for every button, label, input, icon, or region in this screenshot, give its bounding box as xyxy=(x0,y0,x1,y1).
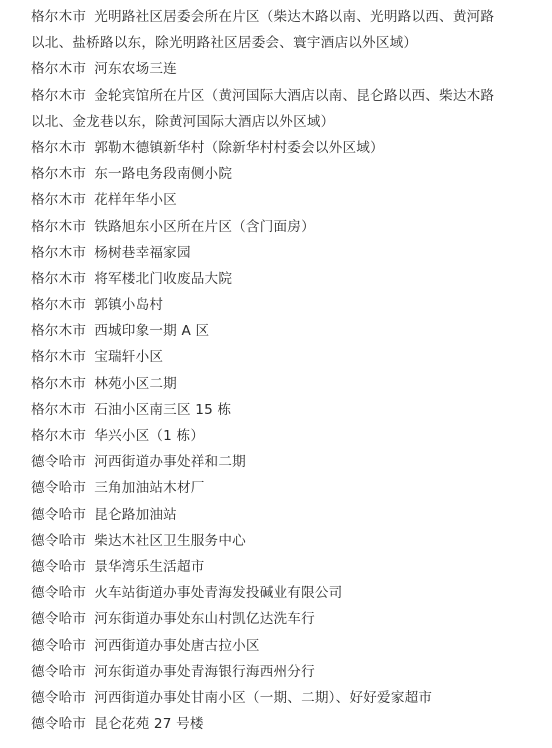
list-item: 德令哈市景华湾乐生活超市 xyxy=(31,554,542,580)
city-label: 格尔木市 xyxy=(31,240,86,266)
list-item: 德令哈市三角加油站木材厂 xyxy=(31,475,542,501)
list-item: 格尔木市郭镇小岛村 xyxy=(31,292,542,318)
list-item: 德令哈市河西街道办事处祥和二期 xyxy=(31,449,542,475)
area-text: 河西街道办事处唐古拉小区 xyxy=(94,638,260,654)
list-item: 格尔木市花样年华小区 xyxy=(31,187,542,213)
list-item: 德令哈市河东街道办事处东山村凯亿达洗车行 xyxy=(31,606,542,632)
city-label: 德令哈市 xyxy=(31,606,86,632)
area-text: 河东农场三连 xyxy=(94,61,177,77)
list-item: 格尔木市东一路电务段南侧小院 xyxy=(31,161,542,187)
city-label: 德令哈市 xyxy=(31,475,86,501)
list-item: 德令哈市河西街道办事处甘南小区（一期、二期）、好好爱家超市 xyxy=(31,685,542,711)
city-label: 格尔木市 xyxy=(31,318,86,344)
city-label: 格尔木市 xyxy=(31,187,86,213)
area-text: 河西街道办事处甘南小区（一期、二期）、好好爱家超市 xyxy=(94,690,432,706)
list-item: 德令哈市柴达木社区卫生服务中心 xyxy=(31,528,542,554)
city-label: 格尔木市 xyxy=(31,292,86,318)
list-item: 德令哈市昆仑路加油站 xyxy=(31,502,542,528)
area-text: 将军楼北门收废品大院 xyxy=(94,271,232,287)
list-item: 格尔木市宝瑞轩小区 xyxy=(31,344,542,370)
area-text: 以北、金龙巷以东，除黄河国际大酒店以外区域） xyxy=(31,114,334,130)
area-text: 杨树巷幸福家园 xyxy=(94,245,191,261)
city-label: 德令哈市 xyxy=(31,580,86,606)
list-item-continuation: 以北、盐桥路以东，除光明路社区居委会、寰宇酒店以外区域） xyxy=(31,30,542,56)
area-text: 三角加油站木材厂 xyxy=(94,480,204,496)
city-label: 德令哈市 xyxy=(31,528,86,554)
list-item: 格尔木市林苑小区二期 xyxy=(31,371,542,397)
city-label: 格尔木市 xyxy=(31,214,86,240)
list-item: 格尔木市石油小区南三区 15 栋 xyxy=(31,397,542,423)
list-item: 格尔木市郭勒木德镇新华村（除新华村村委会以外区域） xyxy=(31,135,542,161)
list-item: 格尔木市光明路社区居委会所在片区（柴达木路以南、光明路以西、黄河路 xyxy=(31,4,542,30)
list-item: 格尔木市将军楼北门收废品大院 xyxy=(31,266,542,292)
city-label: 格尔木市 xyxy=(31,371,86,397)
area-text: 河东街道办事处青海银行海西州分行 xyxy=(94,664,315,680)
city-label: 格尔木市 xyxy=(31,135,86,161)
list-item: 格尔木市河东农场三连 xyxy=(31,56,542,82)
list-item: 德令哈市河东街道办事处青海银行海西州分行 xyxy=(31,659,542,685)
area-text: 铁路旭东小区所在片区（含门面房） xyxy=(94,219,315,235)
list-item: 德令哈市昆仑花苑 27 号楼 xyxy=(31,711,542,737)
city-label: 德令哈市 xyxy=(31,685,86,711)
city-label: 德令哈市 xyxy=(31,449,86,475)
list-item: 德令哈市火车站街道办事处青海发投碱业有限公司 xyxy=(31,580,542,606)
area-text: 郭勒木德镇新华村（除新华村村委会以外区域） xyxy=(94,140,384,156)
city-label: 格尔木市 xyxy=(31,83,86,109)
city-label: 格尔木市 xyxy=(31,423,86,449)
area-text: 景华湾乐生活超市 xyxy=(94,559,204,575)
area-text: 花样年华小区 xyxy=(94,192,177,208)
area-text: 柴达木社区卫生服务中心 xyxy=(94,533,246,549)
area-text: 东一路电务段南侧小院 xyxy=(94,166,232,182)
city-label: 德令哈市 xyxy=(31,659,86,685)
area-text: 石油小区南三区 15 栋 xyxy=(94,402,231,418)
city-label: 德令哈市 xyxy=(31,554,86,580)
city-label: 格尔木市 xyxy=(31,266,86,292)
list-item: 德令哈市河西街道办事处唐古拉小区 xyxy=(31,633,542,659)
city-label: 德令哈市 xyxy=(31,711,86,737)
city-label: 格尔木市 xyxy=(31,397,86,423)
area-text: 河西街道办事处祥和二期 xyxy=(94,454,246,470)
area-text: 火车站街道办事处青海发投碱业有限公司 xyxy=(94,585,342,601)
area-text: 昆仑花苑 27 号楼 xyxy=(94,716,204,732)
area-text: 以北、盐桥路以东，除光明路社区居委会、寰宇酒店以外区域） xyxy=(31,35,417,51)
area-text: 河东街道办事处东山村凯亿达洗车行 xyxy=(94,611,315,627)
list-item: 格尔木市西城印象一期 A 区 xyxy=(31,318,542,344)
city-label: 德令哈市 xyxy=(31,502,86,528)
document-body: 格尔木市光明路社区居委会所在片区（柴达木路以南、光明路以西、黄河路 以北、盐桥路… xyxy=(0,0,552,737)
area-text: 华兴小区（1 栋） xyxy=(94,428,204,444)
list-item-continuation: 以北、金龙巷以东，除黄河国际大酒店以外区域） xyxy=(31,109,542,135)
area-text: 郭镇小岛村 xyxy=(94,297,163,313)
city-label: 格尔木市 xyxy=(31,4,86,30)
area-text: 光明路社区居委会所在片区（柴达木路以南、光明路以西、黄河路 xyxy=(94,9,494,25)
area-text: 西城印象一期 A 区 xyxy=(94,323,209,339)
city-label: 格尔木市 xyxy=(31,56,86,82)
area-text: 金轮宾馆所在片区（黄河国际大酒店以南、昆仑路以西、柴达木路 xyxy=(94,88,494,104)
area-text: 林苑小区二期 xyxy=(94,376,177,392)
list-item: 格尔木市华兴小区（1 栋） xyxy=(31,423,542,449)
list-item: 格尔木市铁路旭东小区所在片区（含门面房） xyxy=(31,214,542,240)
area-text: 宝瑞轩小区 xyxy=(94,349,163,365)
list-item: 格尔木市杨树巷幸福家园 xyxy=(31,240,542,266)
list-item: 格尔木市金轮宾馆所在片区（黄河国际大酒店以南、昆仑路以西、柴达木路 xyxy=(31,83,542,109)
city-label: 格尔木市 xyxy=(31,161,86,187)
city-label: 德令哈市 xyxy=(31,633,86,659)
area-text: 昆仑路加油站 xyxy=(94,507,177,523)
city-label: 格尔木市 xyxy=(31,344,86,370)
